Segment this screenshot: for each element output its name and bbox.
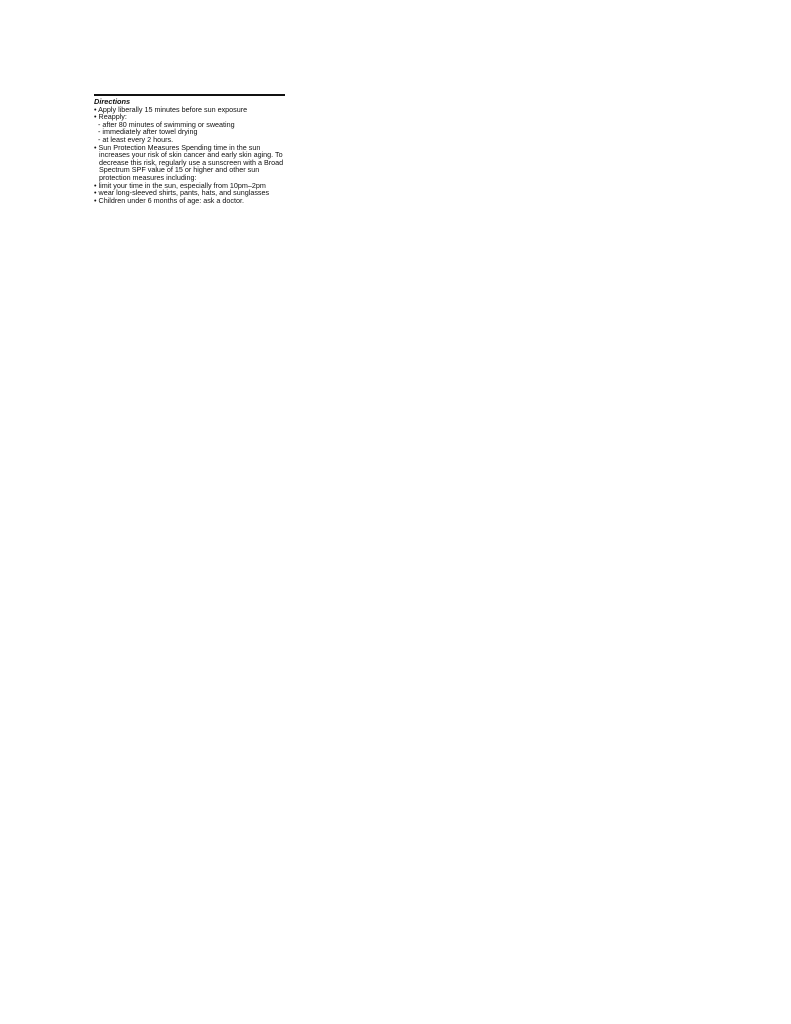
directions-panel: Directions • Apply liberally 15 minutes …	[94, 94, 285, 204]
direction-item: • Children under 6 months of age: ask a …	[94, 197, 285, 205]
top-rule	[94, 94, 285, 96]
direction-item-sun-protection: • Sun Protection Measures Spending time …	[94, 144, 285, 182]
